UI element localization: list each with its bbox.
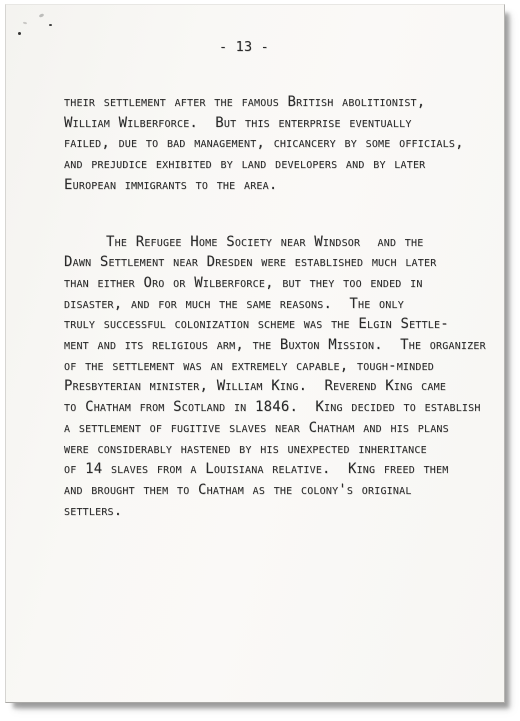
document-page: - 13 - their settlement after the famous… xyxy=(5,4,505,703)
text-line: The Refugee Home Society near Windsor an… xyxy=(64,232,494,253)
text-line: were considerably hastened by his unexpe… xyxy=(64,439,494,460)
scan-background: - 13 - their settlement after the famous… xyxy=(0,0,520,721)
pencil-smudge xyxy=(23,22,27,25)
text-line: to Chatham from Scotland in 1846. King d… xyxy=(64,397,494,418)
document-body: their settlement after the famous Britis… xyxy=(64,92,494,521)
paragraph: their settlement after the famous Britis… xyxy=(64,92,494,196)
paragraph: The Refugee Home Society near Windsor an… xyxy=(64,232,494,522)
text-line: disaster, and for much the same reasons.… xyxy=(64,294,494,315)
pencil-mark xyxy=(49,24,52,26)
text-line: of 14 slaves from a Louisiana relative. … xyxy=(64,459,494,480)
text-line: than either Oro or Wilberforce, but they… xyxy=(64,273,494,294)
text-line: their settlement after the famous Britis… xyxy=(64,92,494,113)
text-line: Dawn Settlement near Dresden were establ… xyxy=(64,252,494,273)
text-line: a settlement of fugitive slaves near Cha… xyxy=(64,418,494,439)
text-line: settlers. xyxy=(64,501,494,522)
page-number: - 13 - xyxy=(6,39,504,55)
text-line: Presbyterian minister, William King. Rev… xyxy=(64,376,494,397)
text-line: truly successful colonization scheme was… xyxy=(64,314,494,335)
text-line: European immigrants to the area. xyxy=(64,175,494,196)
text-line: of the settlement was an extremely capab… xyxy=(64,356,494,377)
text-line: failed, due to bad management, chicancer… xyxy=(64,133,494,154)
text-line: and brought them to Chatham as the colon… xyxy=(64,480,494,501)
text-line: and prejudice exhibited by land develope… xyxy=(64,154,494,175)
pencil-smudge xyxy=(39,13,45,18)
text-line: William Wilberforce. But this enterprise… xyxy=(64,113,494,134)
pencil-mark xyxy=(18,32,21,35)
text-line: ment and its religious arm, the Buxton M… xyxy=(64,335,494,356)
